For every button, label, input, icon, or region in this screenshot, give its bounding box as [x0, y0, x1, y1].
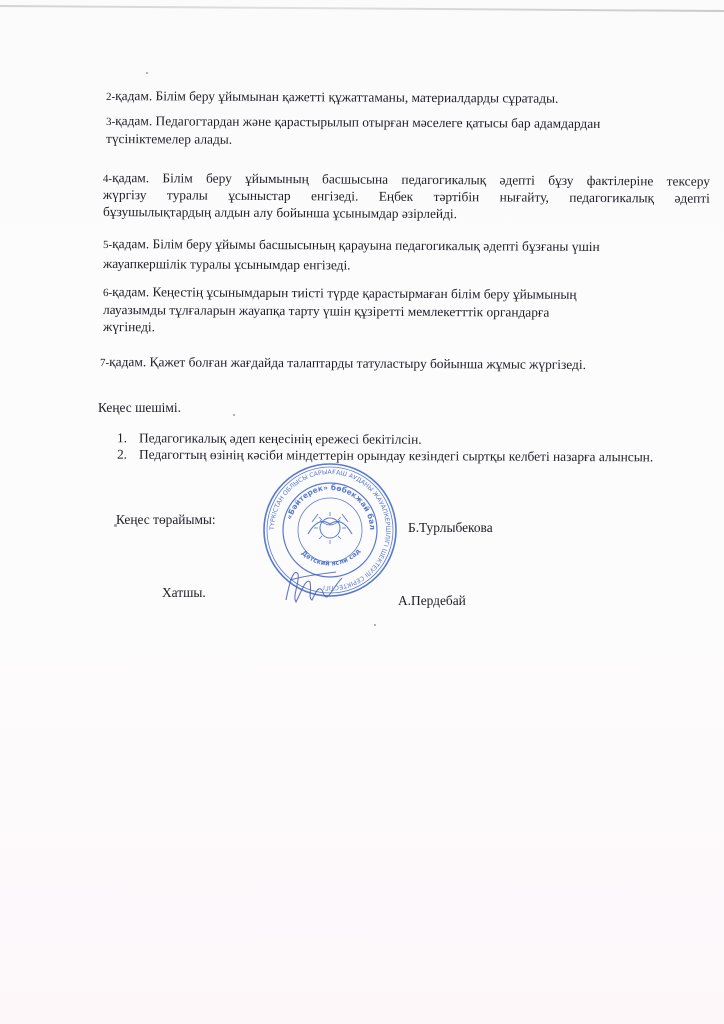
step-7: 7-қадам. Қажет болған жағдайда талаптард…: [100, 354, 586, 374]
signature-icon: [280, 560, 350, 610]
secretary-label: Хатшы.: [162, 585, 206, 601]
step-3-line-1: 3-қадам. Педагогтардан және қарастырылып…: [106, 113, 600, 133]
secretary-name: А.Пердебай: [398, 593, 466, 609]
step-3-line-2: түсініктемелер алады.: [106, 131, 232, 148]
decision-item-1: 1.Педагогикалық әдеп кеңесінің ережесі б…: [117, 430, 422, 448]
step-4-line-1: 4-қадам. Білім беру ұйымының басшысына п…: [103, 170, 710, 174]
document-page: 2-қадам. Білім беру ұйымынан қажетті құж…: [0, 0, 724, 1024]
chair-label: Кеңес төрайымы:: [116, 512, 216, 528]
decision-heading: Кеңес шешімі.: [98, 400, 181, 416]
scan-speck: [114, 524, 117, 527]
step-2: 2-қадам. Білім беру ұйымынан қажетті құж…: [106, 88, 559, 108]
scan-speck: [146, 72, 148, 74]
scan-speck: [233, 414, 235, 416]
step-5-line-1: 5-қадам. Білім беру ұйымы басшысының қар…: [103, 236, 600, 256]
step-5-line-2: жауапкершілік туралы ұсынымдар енгізеді.: [103, 256, 351, 274]
step-6-line-1: 6-қадам. Кеңестің ұсынымдарын тиісті түр…: [103, 284, 577, 304]
step-6-line-3: жүгінеді.: [103, 319, 155, 335]
chair-name: Б.Турлыбекова: [408, 520, 493, 536]
scan-edge-line: [0, 5, 724, 12]
step-6-line-2: лауазымды тұлғаларын жауапқа тарту үшін …: [103, 302, 549, 321]
step-4-line-3: бұзушылықтардың алдын алу бойынша ұсыным…: [103, 204, 457, 222]
scan-speck: [374, 624, 376, 626]
